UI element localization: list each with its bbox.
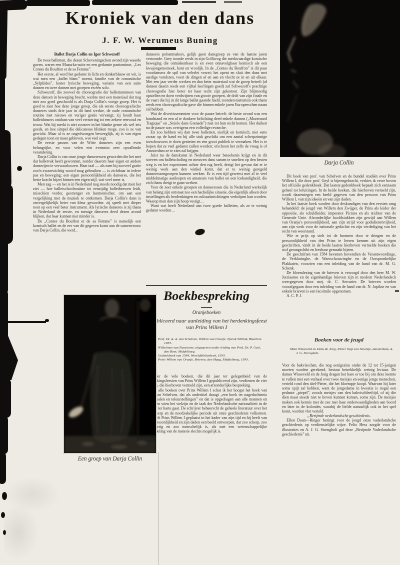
scan-artifact-top-bar bbox=[92, 0, 178, 5]
paragraph: Wat de divertissementen voor de pauze be… bbox=[146, 112, 267, 130]
portrait-caption: Darja Collin bbox=[282, 160, 396, 170]
section-rule bbox=[146, 285, 267, 286]
paragraph: Wie er prijs op stelt tot de bronnen doo… bbox=[282, 234, 396, 252]
paragraph: De bloemlezing van de brieven is verzorg… bbox=[282, 270, 396, 293]
review-section-heading: Boekbespreking bbox=[146, 288, 267, 304]
paragraph: In het laatste boek worden door deskundi… bbox=[282, 202, 396, 234]
page-title: Kroniek van den dans bbox=[50, 8, 270, 29]
paragraph: Voor de zeer enkele groepen en danseress… bbox=[146, 185, 267, 203]
paper-blotch bbox=[4, 466, 144, 561]
scan-artifact-speck bbox=[45, 319, 49, 322]
scan-artifact-left-edge bbox=[0, 416, 8, 454]
middle-column-top: danseres polsenmakers, gelijk geen dansg… bbox=[146, 52, 267, 283]
author-byline: J. F. W. Werumeus Buning bbox=[50, 35, 270, 45]
paragraph: De eerste passen van de Witte danseres z… bbox=[33, 141, 141, 155]
scan-artifact-left-edge bbox=[0, 378, 11, 418]
right-column: Dit boek van prof. van Schelven en de bu… bbox=[282, 174, 396, 334]
photo-darja-collin-portrait bbox=[280, 0, 400, 157]
paragraph: Juist nu de danskunst in Nederland weer … bbox=[146, 153, 267, 185]
group-photo-caption: Een groep van Darja Collin bbox=[58, 456, 162, 466]
group-photo-art bbox=[64, 295, 156, 453]
newspaper-page: Kroniek van den dans J. F. W. Werumeus B… bbox=[0, 0, 400, 565]
scan-artifact-top-bar bbox=[182, 1, 216, 3]
bibliography-entry: Mien Wisseveld en Dola de Jong, Pieter l… bbox=[290, 347, 394, 355]
paragraph: Van alle boeken over Prins Willem I scha… bbox=[146, 388, 267, 434]
bibliography-entry: Wilhelmus van Nassouwe, uitgegeven onder… bbox=[158, 345, 266, 353]
scan-artifact-left-edge bbox=[0, 240, 8, 294]
scan-artifact-left-edge bbox=[0, 130, 12, 188]
paragraph: De geschriften van 1584 bevatten bovendi… bbox=[282, 252, 396, 270]
paragraph: De „Contes du Bouffon et de sa Femme” is… bbox=[33, 219, 141, 233]
review-bibliography: Prof. Dr. A. A. van Schelven, Willem van… bbox=[158, 337, 266, 372]
paragraph: De twee balletten, die dezen Schevenings… bbox=[33, 58, 141, 72]
youth-section-heading: Boeken voor de jeugd bbox=[282, 337, 396, 346]
scan-artifact-top-bar bbox=[224, 1, 242, 3]
paragraph: Voor de bakvisschen, die nog eenigszins … bbox=[282, 363, 396, 414]
ballet-review-heading: Ballet Darja Collin en Igor Schwezoff bbox=[33, 52, 141, 57]
bibliography-entry: Prins Willem van Oranje, Brieven, den Ha… bbox=[158, 358, 266, 362]
scan-artifact-left-edge bbox=[0, 184, 13, 244]
scan-artifact-left-edge bbox=[0, 76, 5, 136]
byline-rule bbox=[141, 47, 176, 50]
paragraph: Onder de vele boeken, die dit jaar ter g… bbox=[146, 374, 267, 388]
scan-artifact-speck bbox=[17, 166, 22, 171]
reviewer-initials: A. C. P. J. bbox=[282, 293, 396, 298]
scan-artifact-top-bar bbox=[26, 0, 90, 6]
scan-artifact-horizontal-line bbox=[0, 321, 46, 323]
paragraph: Men zag — en het is in Nederland nog ste… bbox=[33, 182, 141, 219]
left-column: Ballet Darja Collin en Igor Schwezoff De… bbox=[33, 52, 141, 294]
portrait-photo-art bbox=[280, 0, 400, 157]
photo-darja-collin-group bbox=[64, 295, 156, 453]
article-header: Kroniek van den dans J. F. W. Werumeus B… bbox=[50, 8, 270, 45]
scan-artifact-left-edge bbox=[0, 2, 8, 80]
paragraph: Ellen Daan—Ringer bezingt voor de jeugd … bbox=[282, 418, 396, 436]
paragraph: Want wat heeft Nederland aan twee goede … bbox=[146, 204, 267, 213]
review-subheading: Oranjeboeken bbox=[146, 310, 267, 318]
bibliography-entry: Prof. Dr. A. A. van Schelven, Willem van… bbox=[158, 337, 266, 345]
paragraph: Schwezoff, die zoowel de choreografie de… bbox=[33, 90, 141, 141]
paragraph: En zoo hebben wij dan twee balletten, si… bbox=[146, 130, 267, 153]
middle-column-bottom: Onder de vele boeken, die dit jaar ter g… bbox=[146, 374, 267, 477]
paragraph: Darja Collin is van onze jonge danseress… bbox=[33, 154, 141, 182]
paragraph: Dit boek van prof. van Schelven en de bu… bbox=[282, 174, 396, 202]
paragraph: danseres polsenmakers, gelijk geen dansg… bbox=[146, 52, 267, 112]
scan-artifact-left-edge bbox=[0, 290, 8, 342]
review-subtitle: gepubliceerd naar aanleiding van het her… bbox=[146, 318, 267, 335]
youth-bibliography: Mien Wisseveld en Dola de Jong, Pieter l… bbox=[290, 347, 394, 362]
right-column-youth: Voor de bakvisschen, die nog eenigszins … bbox=[282, 363, 396, 468]
paragraph: Het eerste, al werd het gedanst in licht… bbox=[33, 72, 141, 90]
scan-artifact-left-edge bbox=[0, 336, 18, 380]
heading-ornament bbox=[201, 307, 212, 308]
